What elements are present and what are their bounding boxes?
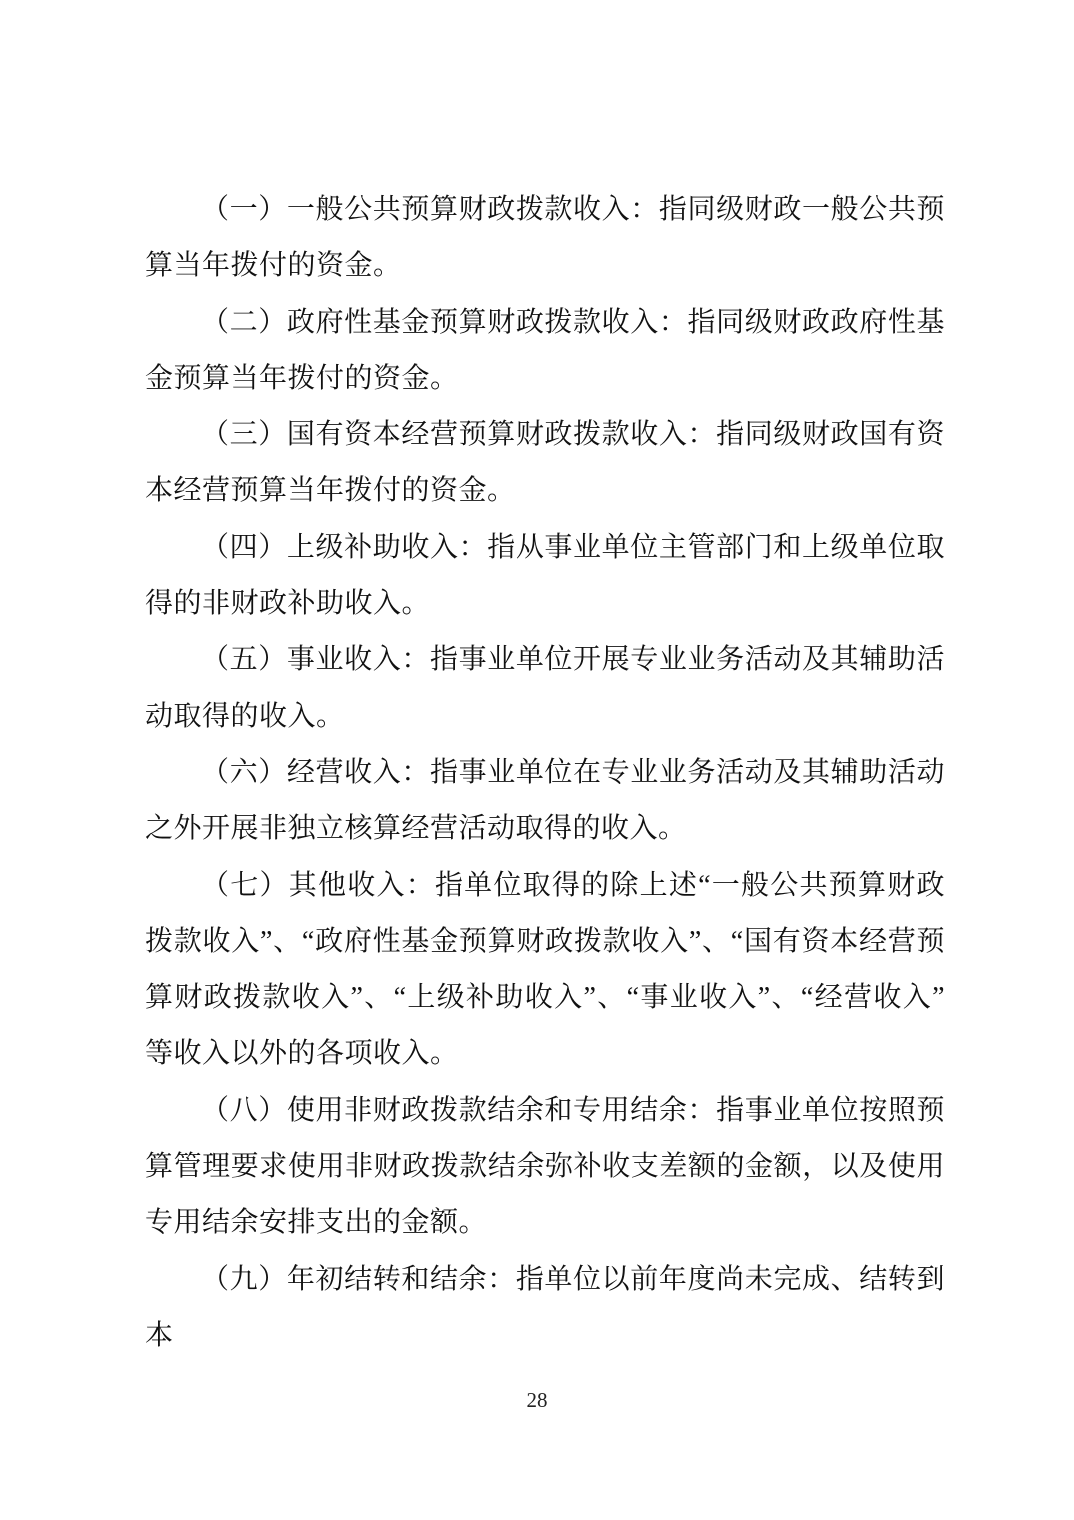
paragraph-income-state-capital-budget: （三）国有资本经营预算财政拨款收入：指同级财政国有资本经营预算当年拨付的资金。: [145, 407, 945, 520]
page-footer: 28: [0, 1388, 1074, 1413]
paragraph-income-government-fund-budget: （二）政府性基金预算财政拨款收入：指同级财政政府性基金预算当年拨付的资金。: [145, 295, 945, 408]
document-page: （一）一般公共预算财政拨款收入：指同级财政一般公共预算当年拨付的资金。 （二）政…: [0, 0, 1074, 1520]
page-number: 28: [527, 1388, 548, 1412]
paragraph-income-general-public-budget: （一）一般公共预算财政拨款收入：指同级财政一般公共预算当年拨付的资金。: [145, 182, 945, 295]
paragraph-income-institutional: （五）事业收入：指事业单位开展专业业务活动及其辅助活动取得的收入。: [145, 632, 945, 745]
paragraph-carryover-beginning-of-year: （九）年初结转和结余：指单位以前年度尚未完成、结转到本: [145, 1252, 945, 1365]
paragraph-income-superior-subsidy: （四）上级补助收入：指从事业单位主管部门和上级单位取得的非财政补助收入。: [145, 520, 945, 633]
paragraph-income-other: （七）其他收入：指单位取得的除上述“一般公共预算财政拨款收入”、“政府性基金预算…: [145, 858, 945, 1083]
text-content: （一）一般公共预算财政拨款收入：指同级财政一般公共预算当年拨付的资金。 （二）政…: [145, 182, 945, 1364]
paragraph-use-of-non-fiscal-surplus: （八）使用非财政拨款结余和专用结余：指事业单位按照预算管理要求使用非财政拨款结余…: [145, 1083, 945, 1252]
paragraph-income-operating: （六）经营收入：指事业单位在专业业务活动及其辅助活动之外开展非独立核算经营活动取…: [145, 745, 945, 858]
